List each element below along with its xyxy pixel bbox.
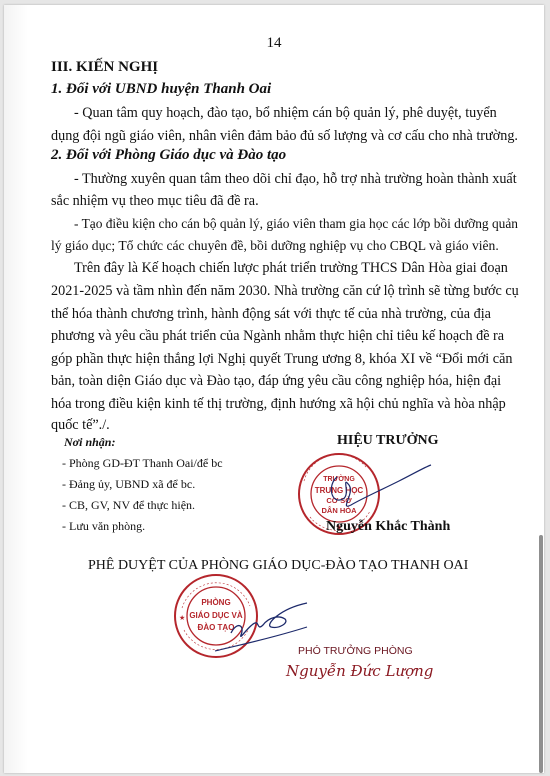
- approval-heading: PHÊ DUYỆT CỦA PHÒNG GIÁO DỤC-ĐÀO TẠO THA…: [88, 558, 468, 574]
- recipient-item: - Phòng GD-ĐT Thanh Oai/để bc: [62, 456, 223, 471]
- subsection-2-title: 2. Đối với Phòng Giáo dục và Đào tạo: [51, 145, 463, 165]
- svg-text:★: ★: [179, 614, 185, 622]
- vertical-scrollbar[interactable]: [539, 535, 543, 773]
- paragraph-line: dụng đội ngũ giáo viên, nhân viên đảm bả…: [51, 126, 463, 146]
- paragraph-line: Trên đây là Kế hoạch chiến lược phát tri…: [74, 258, 463, 278]
- subsection-1-title: 1. Đối với UBND huyện Thanh Oai: [51, 79, 463, 99]
- recipient-item: - CB, GV, NV để thực hiện.: [62, 498, 195, 513]
- paragraph-line: bản, toàn diện Giáo dục và Đào tạo, đáp …: [51, 371, 463, 391]
- page-number: 14: [4, 35, 544, 52]
- paragraph-line: góp phần thực hiện thắng lợi Nghị quyết …: [51, 349, 463, 369]
- paragraph-line: - Thường xuyên quan tâm theo dõi chỉ đạo…: [74, 169, 463, 189]
- paragraph-line: - Tạo điều kiện cho cán bộ quản lý, giáo…: [74, 214, 463, 234]
- deputy-name: Nguyễn Đức Lượng: [286, 662, 433, 680]
- deputy-title: PHÓ TRƯỞNG PHÒNG: [298, 645, 413, 657]
- paragraph-line: phương và yêu cầu phát triển của Ngành n…: [51, 326, 463, 346]
- paragraph-line: thể hóa thành chương trình, hành động sá…: [51, 304, 463, 324]
- section-title: III. KIẾN NGHỊ: [51, 57, 463, 77]
- document-page: 14 III. KIẾN NGHỊ 1. Đối với UBND huyện …: [4, 5, 544, 773]
- paragraph-line: sắc nhiệm vụ theo mục tiêu đã đề ra.: [51, 191, 463, 211]
- paragraph-line: hóa trong điều kiện kinh tế thị trường, …: [51, 394, 463, 414]
- principal-title: HIỆU TRƯỞNG: [337, 433, 439, 449]
- paragraph-line: quốc tế”./.: [51, 415, 463, 435]
- document-content: 14 III. KIẾN NGHỊ 1. Đối với UBND huyện …: [4, 5, 544, 773]
- paragraph-line: 2021-2025 và tầm nhìn đến năm 2030. Nhà …: [51, 281, 463, 301]
- recipient-item: - Lưu văn phòng.: [62, 519, 145, 534]
- paragraph-line: lý giáo dục; Tổ chức các chuyên đề, bồi …: [51, 236, 463, 256]
- principal-signature-icon: [309, 455, 439, 525]
- recipients-title: Nơi nhận:: [64, 435, 115, 450]
- principal-name: Nguyễn Khắc Thành: [326, 519, 450, 535]
- paragraph-line: - Quan tâm quy hoạch, đào tạo, bổ nhiệm …: [74, 103, 463, 123]
- recipient-item: - Đảng ủy, UBND xã để bc.: [62, 477, 195, 492]
